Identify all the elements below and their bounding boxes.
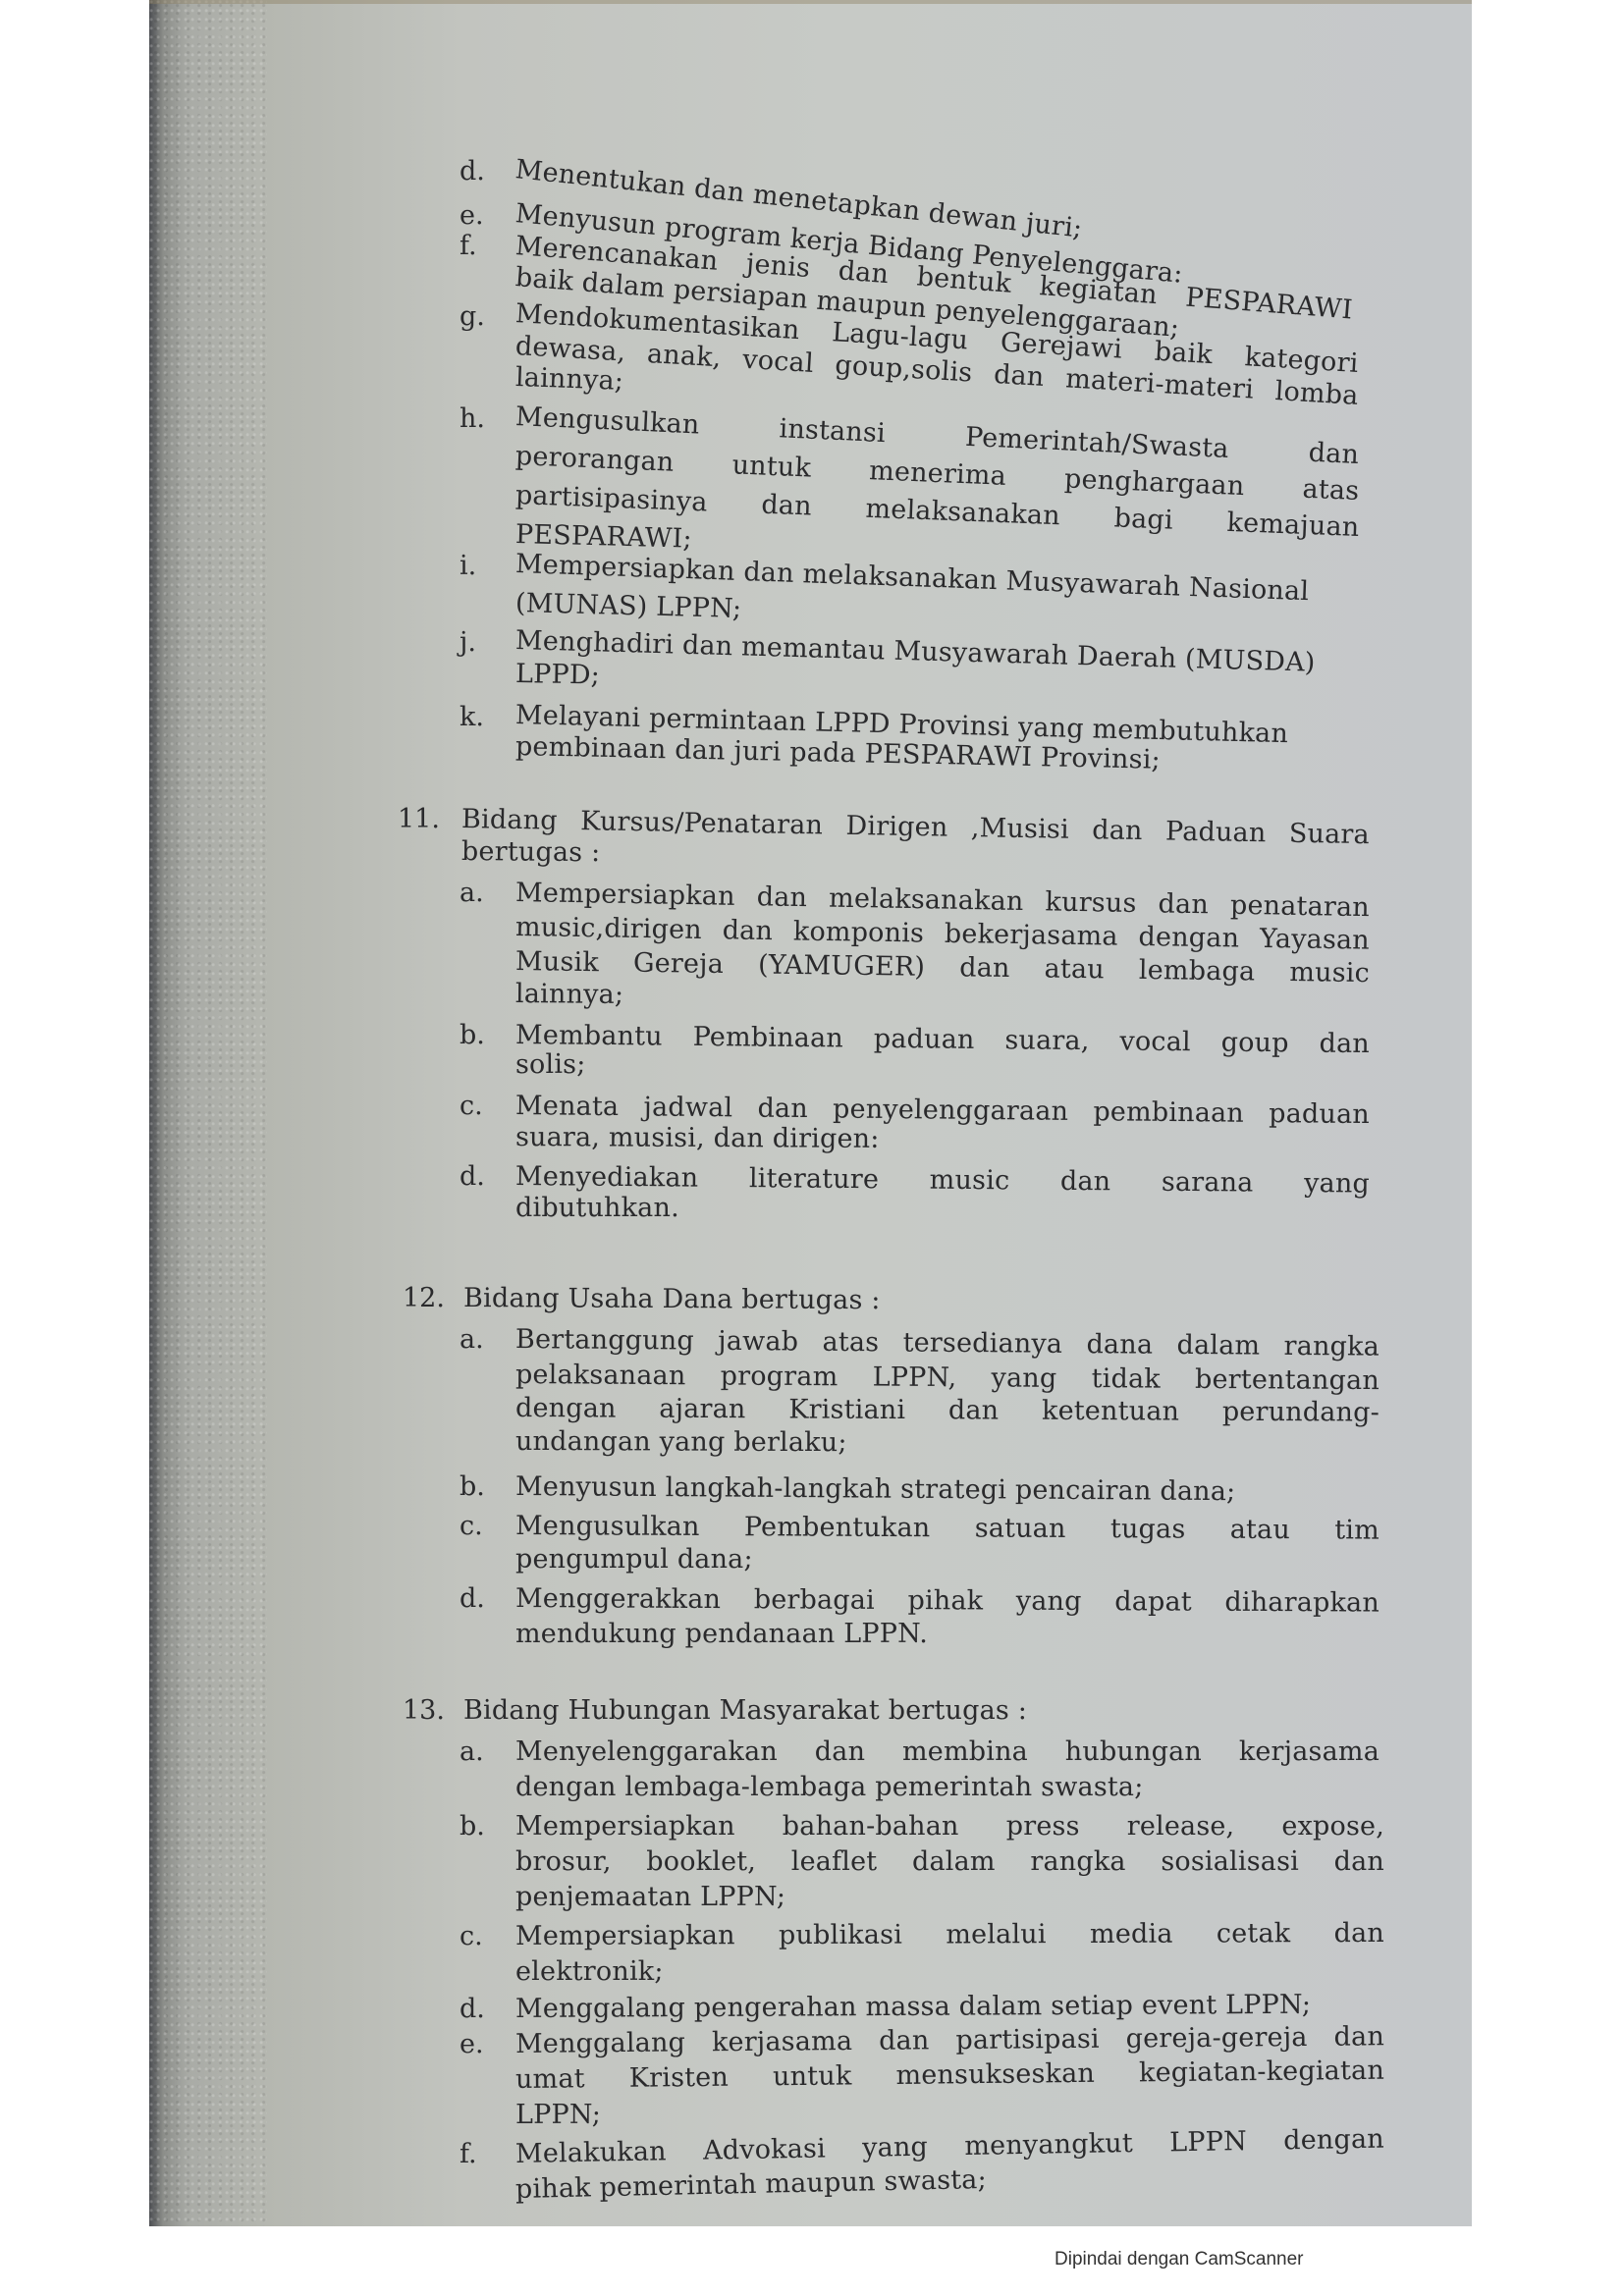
section-title: Bidang Usaha Dana bertugas : [463, 1284, 954, 1316]
list-marker: d. [460, 1995, 485, 2024]
section-title: Bidang Hubungan Masyarakat bertugas : [463, 1696, 1053, 1726]
list-marker: k. [460, 703, 484, 732]
list-marker: a. [460, 879, 484, 908]
list-item-text: pihak pemerintah maupun swasta; [515, 2164, 1027, 2205]
list-item-text: elektronik; [515, 1957, 682, 1987]
list-marker: d. [460, 1584, 485, 1614]
list-marker: b. [460, 1812, 485, 1842]
list-marker: a. [460, 1325, 484, 1355]
list-item-text: Menyusun langkah-langkah strategi pencai… [515, 1472, 1281, 1507]
list-item-text: Menyelenggarakan dan membina hubungan ke… [515, 1737, 1380, 1767]
list-marker: b. [460, 1021, 485, 1050]
list-item-text: Menggalang pengerahan massa dalam setiap… [515, 1990, 1360, 2024]
list-item-text: Membantu Pembinaan paduan suara, vocal g… [515, 1021, 1370, 1059]
list-marker: h. [460, 404, 485, 434]
list-marker: d. [460, 157, 485, 187]
camscanner-watermark: Dipindai dengan CamScanner [1055, 2249, 1304, 2270]
list-marker: a. [460, 1737, 484, 1767]
list-item-text: brosur, booklet, leaflet dalam rangka so… [515, 1847, 1384, 1877]
list-item-text: umat Kristen untuk mensukseskan kegiatan… [515, 2056, 1384, 2095]
list-item-text: Menggerakkan berbagai pihak yang dapat d… [515, 1584, 1380, 1619]
list-marker: e. [460, 201, 484, 231]
list-marker: f. [460, 232, 477, 261]
list-item-text: pengumpul dana; [515, 1545, 771, 1575]
list-item-text: pelaksanaan program LPPN, yang tidak ber… [515, 1361, 1380, 1396]
list-item-text: Melakukan Advokasi yang menyangkut LPPN … [515, 2125, 1384, 2169]
scanned-page-photo: d.Menentukan dan menetapkan dewan juri;e… [149, 0, 1472, 2226]
list-item-text: Menggalang kerjasama dan partisipasi ger… [515, 2022, 1384, 2059]
list-marker: e. [460, 2030, 484, 2059]
section-title: bertugas : [461, 837, 658, 869]
section-number: 13. [403, 1696, 445, 1726]
list-marker: b. [460, 1472, 485, 1502]
list-marker: c. [460, 1512, 483, 1541]
list-marker: c. [460, 1922, 483, 1951]
list-item-text: dibutuhkan. [515, 1194, 741, 1223]
list-item-text: lainnya; [515, 980, 623, 1010]
list-item-text: solis; [515, 1050, 614, 1080]
list-item-text: dengan ajaran Kristiani dan ketentuan pe… [515, 1394, 1380, 1428]
list-item-text: suara, musisi, dan dirigen: [515, 1123, 957, 1154]
list-item-text: Bertanggung jawab atas tersedianya dana … [515, 1325, 1380, 1362]
list-marker: d. [460, 1162, 485, 1192]
list-item-text: LPPN; [515, 2101, 614, 2130]
list-item-text: mendukung pendanaan LPPN. [515, 1620, 908, 1649]
list-item-text: (MUNAS) LPPN; [515, 589, 772, 625]
list-item-text: penjemaatan LPPN; [515, 1883, 810, 1912]
list-marker: f. [460, 2140, 477, 2169]
list-item-text: undangan yang berlaku; [515, 1427, 938, 1459]
list-item-text: dengan lembaga-lembaga pemerintah swasta… [515, 1773, 1154, 1802]
list-item-text: Menghadiri dan memantau Musyawarah Daera… [515, 626, 1370, 679]
list-marker: i. [460, 552, 476, 581]
section-number: 12. [403, 1284, 445, 1313]
list-marker: j. [460, 628, 476, 658]
section-number: 11. [398, 805, 440, 834]
list-item-text: lainnya; [514, 363, 643, 398]
list-item-text: LPPD; [515, 660, 634, 691]
list-item-text: Mengusulkan Pembentukan satuan tugas ata… [515, 1512, 1380, 1546]
list-item-text: Mempersiapkan bahan-bahan press release,… [515, 1812, 1384, 1842]
document-body: d.Menentukan dan menetapkan dewan juri;e… [149, 0, 1472, 2226]
list-marker: c. [460, 1092, 483, 1121]
list-marker: g. [460, 302, 485, 332]
list-item-text: Mempersiapkan publikasi melalui media ce… [515, 1919, 1384, 1951]
